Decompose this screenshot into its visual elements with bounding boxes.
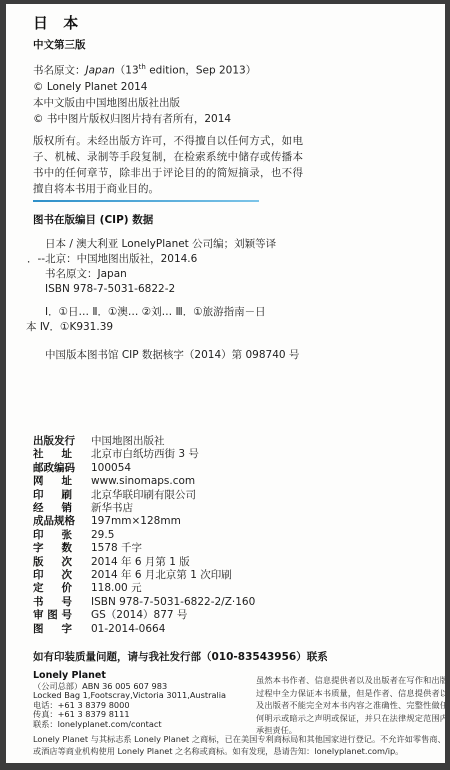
- colophon-row-map-approval: 审图号GS（2014）877 号: [33, 609, 255, 622]
- colophon-value: 1578 千字: [91, 542, 142, 554]
- colophon-row-edition: 版次2014 年 6 月第 1 版: [33, 556, 255, 569]
- colophon-label: 印次: [33, 569, 72, 582]
- book-title: 日 本: [33, 12, 83, 33]
- cip-data-block: 日本 / 澳大利亚 LonelyPlanet 公司编；刘颖等译 ．--北京：中国…: [33, 237, 276, 297]
- colophon-label: 印张: [33, 529, 72, 542]
- colophon-label: 定价: [33, 582, 72, 595]
- colophon-row-sheets: 印张29.5: [33, 529, 255, 542]
- colophon-value: ISBN 978-7-5031-6822-2/Z·160: [91, 596, 255, 608]
- cip-classification-line-2: 本 Ⅳ．①K931.39: [26, 319, 113, 334]
- colophon-row-address: 社址北京市白纸坊西街 3 号: [33, 448, 255, 461]
- cip-line-1: 日本 / 澳大利亚 LonelyPlanet 公司编；刘颖等译: [33, 237, 276, 252]
- edition-label: 中文第三版: [33, 37, 86, 52]
- cip-isbn-line: ISBN 978-7-5031-6822-2: [33, 282, 276, 297]
- colophon-row-size: 成品规格197mm×128mm: [33, 515, 255, 528]
- blue-divider-line: [33, 200, 259, 202]
- colophon-row-publisher: 出版发行中国地图出版社: [33, 435, 255, 448]
- colophon-table: 出版发行中国地图出版社 社址北京市白纸坊西街 3 号 邮政编码100054 网址…: [33, 435, 255, 636]
- colophon-value: 北京华联印刷有限公司: [91, 489, 196, 501]
- original-title-block: 书名原文：Japan（13th edition，Sep 2013） © Lone…: [33, 59, 256, 111]
- colophon-row-distributor: 经销新华书店: [33, 502, 255, 515]
- colophon-value: www.sinomaps.com: [91, 475, 195, 487]
- cip-heading: 图书在版编目 (CIP) 数据: [33, 212, 153, 227]
- cip-record-number: 中国版本图书馆 CIP 数据核字（2014）第 098740 号: [45, 347, 299, 362]
- colophon-value: 2014 年 6 月第 1 版: [91, 556, 190, 568]
- cn-publisher-note: 本中文版由中国地图出版社出版: [33, 95, 256, 111]
- colophon-label: 经销: [33, 502, 72, 515]
- original-title-line: 书名原文：Japan（13th edition，Sep 2013）: [33, 59, 256, 79]
- colophon-row-price: 定价118.00 元: [33, 582, 255, 595]
- colophon-value: 100054: [91, 462, 131, 474]
- colophon-value: 北京市白纸坊西街 3 号: [91, 448, 199, 460]
- colophon-label: 邮政编码: [33, 462, 72, 475]
- colophon-row-copyright-reg: 图字01-2014-0664: [33, 623, 255, 636]
- colophon-label: 审图号: [33, 609, 72, 622]
- original-title-prefix: 书名原文：: [33, 65, 86, 77]
- colophon-value: 中国地图出版社: [91, 435, 165, 447]
- cip-line-2: ．--北京：中国地图出版社，2014.6: [27, 252, 276, 267]
- cip-line-3: 书名原文：Japan: [33, 267, 276, 282]
- colophon-row-postcode: 邮政编码100054: [33, 462, 255, 475]
- trademark-notice: Lonely Planet 与其标志系 Lonely Planet 之商标，已在…: [33, 733, 445, 757]
- colophon-value: 197mm×128mm: [91, 515, 181, 527]
- photo-copyright-line: © 书中图片版权归图片持有者所有，2014: [33, 111, 231, 126]
- colophon-label: 社址: [33, 448, 72, 461]
- rights-paragraph: 版权所有。未经出版方许可，不得擅自以任何方式，如电子、机械、录制等手段复制，在检…: [33, 133, 303, 197]
- print-quality-note: 如有印装质量问题，请与我社发行部（010-83543956）联系: [33, 649, 328, 664]
- colophon-row-isbn: 书号ISBN 978-7-5031-6822-2/Z·160: [33, 596, 255, 609]
- lp-contact-block: （公司总部）ABN 36 005 607 983 Locked Bag 1,Fo…: [33, 682, 226, 729]
- colophon-value: 118.00 元: [91, 582, 142, 594]
- colophon-value: 新华书店: [91, 502, 133, 514]
- original-title-rest: edition，Sep 2013）: [146, 65, 256, 77]
- colophon-row-website: 网址www.sinomaps.com: [33, 475, 255, 488]
- lp-copyright-line: © Lonely Planet 2014: [33, 79, 256, 95]
- original-title-paren: （13: [115, 65, 139, 77]
- colophon-row-printing: 印次2014 年 6 月北京第 1 次印刷: [33, 569, 255, 582]
- scanned-copyright-page: { "page": { "title": "日 本", "edition_lab…: [0, 0, 450, 770]
- cip-classification-line-1: Ⅰ．①日… Ⅱ．①澳… ②刘… Ⅲ．①旅游指南－日: [45, 304, 266, 319]
- colophon-value: 29.5: [91, 529, 114, 541]
- book-page: 日 本 中文第三版 书名原文：Japan（13th edition，Sep 20…: [6, 4, 445, 763]
- colophon-label: 网址: [33, 475, 72, 488]
- lp-contact-line: 联系：lonelyplanet.com/contact: [33, 720, 226, 729]
- colophon-label: 图字: [33, 623, 72, 636]
- lp-company-name: Lonely Planet: [33, 670, 106, 681]
- content-disclaimer: 虽然本书作者、信息提供者以及出版者在写作和出版过程中全力保证本书质量，但是作者、…: [256, 674, 445, 737]
- original-title-name: Japan: [86, 65, 115, 77]
- colophon-value: GS（2014）877 号: [91, 609, 187, 621]
- colophon-row-printer: 印刷北京华联印刷有限公司: [33, 489, 255, 502]
- colophon-value: 01-2014-0664: [91, 623, 165, 635]
- colophon-label: 成品规格: [33, 515, 72, 528]
- colophon-row-wordcount: 字数1578 千字: [33, 542, 255, 555]
- colophon-label: 书号: [33, 596, 72, 609]
- colophon-value: 2014 年 6 月北京第 1 次印刷: [91, 569, 232, 581]
- edition-superscript: th: [139, 63, 146, 71]
- colophon-label: 版次: [33, 556, 72, 569]
- colophon-label: 印刷: [33, 489, 72, 502]
- colophon-label: 出版发行: [33, 435, 72, 448]
- colophon-label: 字数: [33, 542, 72, 555]
